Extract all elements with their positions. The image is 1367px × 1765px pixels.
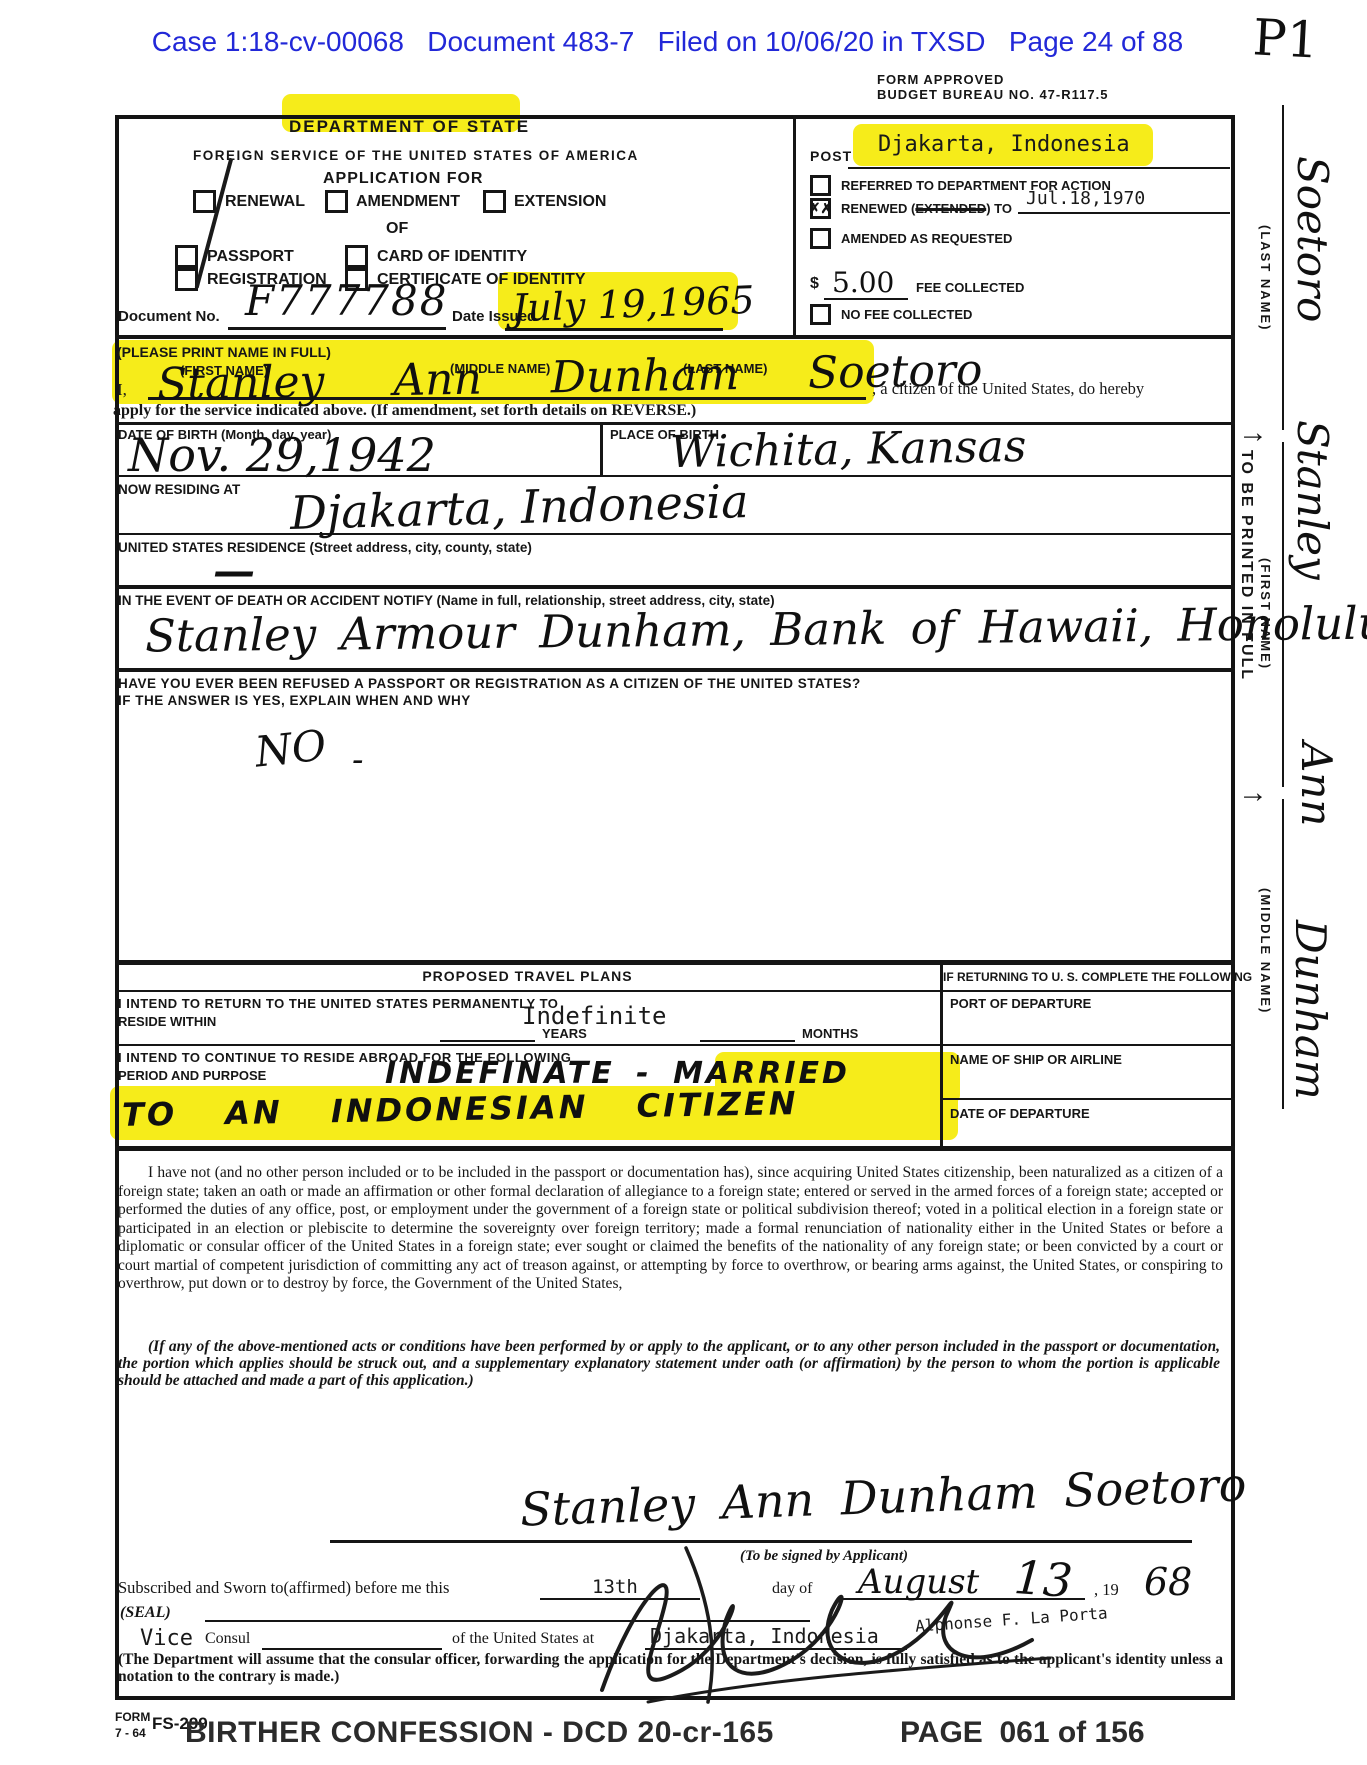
renewed-date-value: Jul.18,1970: [1026, 188, 1145, 209]
passport-label: PASSPORT: [207, 248, 294, 266]
foreign-service-line: FOREIGN SERVICE OF THE UNITED STATES OF …: [193, 148, 639, 163]
court-header: Case 1:18-cv-00068 Document 483-7 Filed …: [115, 26, 1220, 58]
margin-middle-name-value-1: Ann: [1292, 742, 1341, 826]
renewed-label-struck: EXTENDED: [915, 201, 986, 216]
referred-checkbox: [810, 175, 831, 196]
department-title: DEPARTMENT OF STATE: [289, 117, 530, 137]
fee-collected-label: FEE COLLECTED: [916, 280, 1024, 295]
amended-label: AMENDED AS REQUESTED: [841, 231, 1012, 246]
amended-checkbox: [810, 228, 831, 249]
pob-value: Wichita, Kansas: [670, 421, 1027, 478]
extension-label: EXTENSION: [514, 193, 606, 211]
footer-page-stamp: PAGE 061 of 156: [900, 1716, 1145, 1750]
margin-arrow-icon-1: →: [1238, 416, 1268, 450]
no-fee-label: NO FEE COLLECTED: [841, 307, 972, 322]
renewed-label-post: ) TO: [986, 201, 1012, 216]
card-of-identity-checkbox: [345, 245, 368, 268]
reside-within-label: RESIDE WITHIN: [118, 1014, 216, 1029]
us-residence-dash-mark: —: [213, 546, 255, 595]
consul-underline: [262, 1648, 442, 1650]
refused-question-line1: HAVE YOU EVER BEEN REFUSED A PASSPORT OR…: [118, 676, 861, 691]
intend-return-line: I INTEND TO RETURN TO THE UNITED STATES …: [118, 996, 558, 1011]
fee-symbol: $: [810, 275, 819, 293]
rule-travel-mid: [115, 1044, 1235, 1046]
application-for-label: APPLICATION FOR: [323, 170, 483, 188]
margin-arrow-icon-2: →: [1238, 776, 1268, 810]
header-column-divider: [793, 115, 796, 337]
indefinite-value: Indefinite: [522, 1002, 667, 1030]
renewed-check-mark: ✗✗: [809, 200, 832, 217]
year-prefix: , 19: [1094, 1580, 1119, 1600]
post-value: Djakarta, Indonesia: [878, 132, 1130, 157]
renewal-label: RENEWAL: [225, 193, 305, 211]
rule-travel-top: [115, 960, 1235, 965]
months-label: MONTHS: [802, 1026, 858, 1041]
port-of-departure-label: PORT OF DEPARTURE: [950, 996, 1091, 1011]
post-label: POST: [810, 148, 852, 164]
renewed-label: RENEWED (EXTENDED) TO: [841, 201, 1012, 216]
extension-checkbox: [483, 190, 506, 213]
document-no-value: F777788: [245, 276, 448, 325]
vice-value: Vice: [140, 1626, 193, 1651]
margin-middle-name-label: (MIDDLE NAME): [1258, 888, 1273, 1014]
renewed-checkbox: ✗✗: [810, 198, 831, 219]
rule-travel-header-bottom: [115, 990, 1235, 992]
ship-or-airline-label: NAME OF SHIP OR AIRLINE: [950, 1052, 1122, 1067]
fee-amount: 5.00: [832, 266, 894, 299]
budget-approved-line: FORM APPROVED: [877, 72, 1004, 87]
citizen-suffix: , a citizen of the United States, do her…: [872, 379, 1144, 399]
rule-notify-top: [115, 585, 1235, 589]
refused-answer-value: NO: [253, 720, 329, 776]
renewed-underline: [1018, 212, 1230, 214]
rule-refused-top: [115, 668, 1235, 672]
rule-name-top: [115, 335, 1235, 339]
oath-paragraph: I have not (and no other person included…: [118, 1164, 1223, 1294]
consul-signature-scribble: [590, 1542, 1060, 1707]
budget-bureau-line: BUDGET BUREAU NO. 47-R117.5: [877, 87, 1108, 102]
amendment-label: AMENDMENT: [356, 193, 460, 211]
margin-last-name-value: Soetoro: [1288, 156, 1337, 322]
sworn-prefix: Subscribed and Sworn to(affirmed) before…: [118, 1578, 449, 1598]
intend-abroad-line2: PERIOD AND PURPOSE: [118, 1068, 266, 1083]
form-label: FORM: [115, 1710, 150, 1724]
card-of-identity-label: CARD OF IDENTITY: [377, 248, 527, 266]
renewed-label-pre: RENEWED (: [841, 201, 915, 216]
year-value: 68: [1144, 1560, 1192, 1604]
travel-left-header: PROPOSED TRAVEL PLANS: [115, 968, 940, 984]
margin-rule-1: [1282, 105, 1284, 430]
oath-caveat: (If any of the above-mentioned acts or c…: [118, 1338, 1220, 1389]
apply-line: apply for the service indicated above. (…: [113, 402, 696, 420]
post-underline: [848, 167, 1230, 169]
us-residence-label: UNITED STATES RESIDENCE (Street address,…: [118, 540, 532, 555]
margin-first-name-value: Stanley: [1288, 420, 1337, 580]
residing-label: NOW RESIDING AT: [118, 482, 240, 497]
date-of-departure-label: DATE OF DEPARTURE: [950, 1106, 1090, 1121]
document-no-label: Document No.: [118, 308, 220, 325]
rule-ship-bottom: [940, 1098, 1235, 1100]
of-label: OF: [386, 220, 408, 238]
travel-right-header: IF RETURNING TO U. S. COMPLETE THE FOLLO…: [943, 970, 1235, 984]
months-underline: [700, 1040, 795, 1042]
footer-stamp: BIRTHER CONFESSION - DCD 20-cr-165: [185, 1716, 774, 1750]
travel-column-divider: [940, 960, 943, 1150]
amendment-checkbox: [325, 190, 348, 213]
years-underline: [440, 1040, 535, 1042]
rule-usres-top: [115, 533, 1235, 535]
renewal-checkbox: [193, 190, 216, 213]
refused-dash-mark: -: [352, 740, 364, 780]
refused-question-line2: IF THE ANSWER IS YES, EXPLAIN WHEN AND W…: [118, 693, 471, 708]
consul-label: Consul: [205, 1630, 250, 1648]
page-mark: P1: [1252, 8, 1320, 69]
no-fee-checkbox: [810, 304, 831, 325]
dob-pob-divider: [600, 422, 603, 475]
registration-checkbox: [175, 268, 198, 291]
rule-dob-top: [115, 422, 1235, 425]
margin-last-name-label: (LAST NAME): [1258, 225, 1273, 332]
margin-first-name-label: (FIRST NAME): [1258, 558, 1273, 670]
margin-printed-full-label: TO BE PRINTED IN FULL: [1237, 450, 1255, 681]
passport-checkbox: [175, 245, 198, 268]
i-prefix: I,: [117, 380, 127, 400]
rule-oath-top: [115, 1146, 1235, 1151]
dob-value: Nov. 29,1942: [128, 428, 436, 482]
of-united-states-at: of the United States at: [452, 1630, 594, 1648]
margin-rule-3: [1282, 799, 1284, 1109]
seal-label: (SEAL): [120, 1604, 171, 1622]
form-date: 7 - 64: [115, 1726, 146, 1740]
margin-middle-name-value-2: Dunham: [1286, 920, 1335, 1100]
document-no-underline: [228, 327, 446, 330]
date-issued-value: July 19,1965: [511, 278, 755, 330]
